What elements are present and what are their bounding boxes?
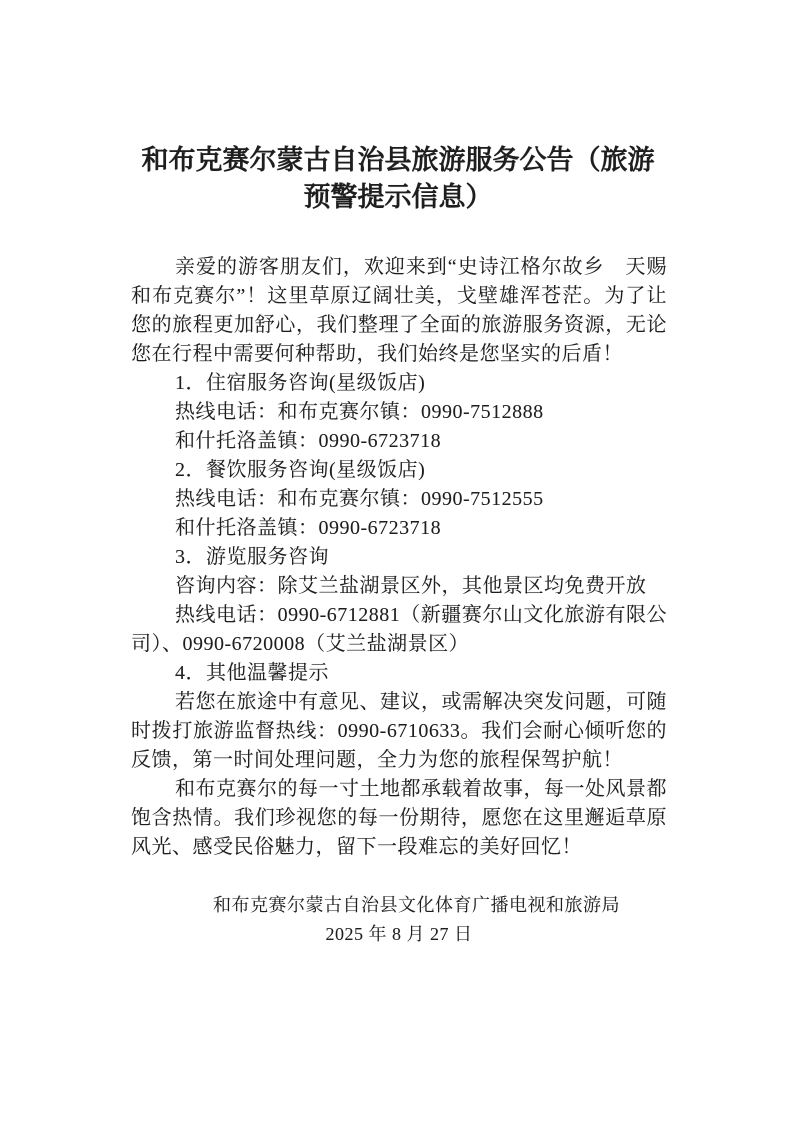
signature-date: 2025 年 8 月 27 日 [131,920,667,949]
sightseeing-hotline: 热线电话：0990-6712881（新疆赛尔山文化旅游有限公司）、0990-67… [131,601,667,659]
dining-hotline-hoboksar: 热线电话：和布克赛尔镇：0990-7512555 [131,485,667,514]
intro-paragraph: 亲爱的游客朋友们，欢迎来到“史诗江格尔故乡 天赐和布克赛尔”！这里草原辽阔壮美，… [131,253,667,369]
document-page: 和布克赛尔蒙古自治县旅游服务公告（旅游预警提示信息） 亲爱的游客朋友们，欢迎来到… [0,0,793,1122]
document-body: 亲爱的游客朋友们，欢迎来到“史诗江格尔故乡 天赐和布克赛尔”！这里草原辽阔壮美，… [131,253,667,949]
item-3-sightseeing-heading: 3．游览服务咨询 [131,543,667,572]
item-2-dining-heading: 2．餐饮服务咨询(星级饭店) [131,456,667,485]
item-4-tips-heading: 4．其他温馨提示 [131,659,667,688]
accommodation-hotline-hoshtolgay: 和什托洛盖镇：0990-6723718 [131,427,667,456]
sightseeing-consult-content: 咨询内容：除艾兰盐湖景区外，其他景区均免费开放 [131,572,667,601]
closing-paragraph: 和布克赛尔的每一寸土地都承载着故事，每一处风景都饱含热情。我们珍视您的每一份期待… [131,775,667,862]
signature-organization: 和布克赛尔蒙古自治县文化体育广播电视和旅游局 [131,891,667,920]
tips-paragraph: 若您在旅途中有意见、建议，或需解决突发问题，可随时拨打旅游监督热线：0990-6… [131,688,667,775]
item-1-accommodation-heading: 1．住宿服务咨询(星级饭店) [131,369,667,398]
page-title: 和布克赛尔蒙古自治县旅游服务公告（旅游预警提示信息） [130,142,666,216]
dining-hotline-hoshtolgay: 和什托洛盖镇：0990-6723718 [131,514,667,543]
accommodation-hotline-hoboksar: 热线电话：和布克赛尔镇：0990-7512888 [131,398,667,427]
